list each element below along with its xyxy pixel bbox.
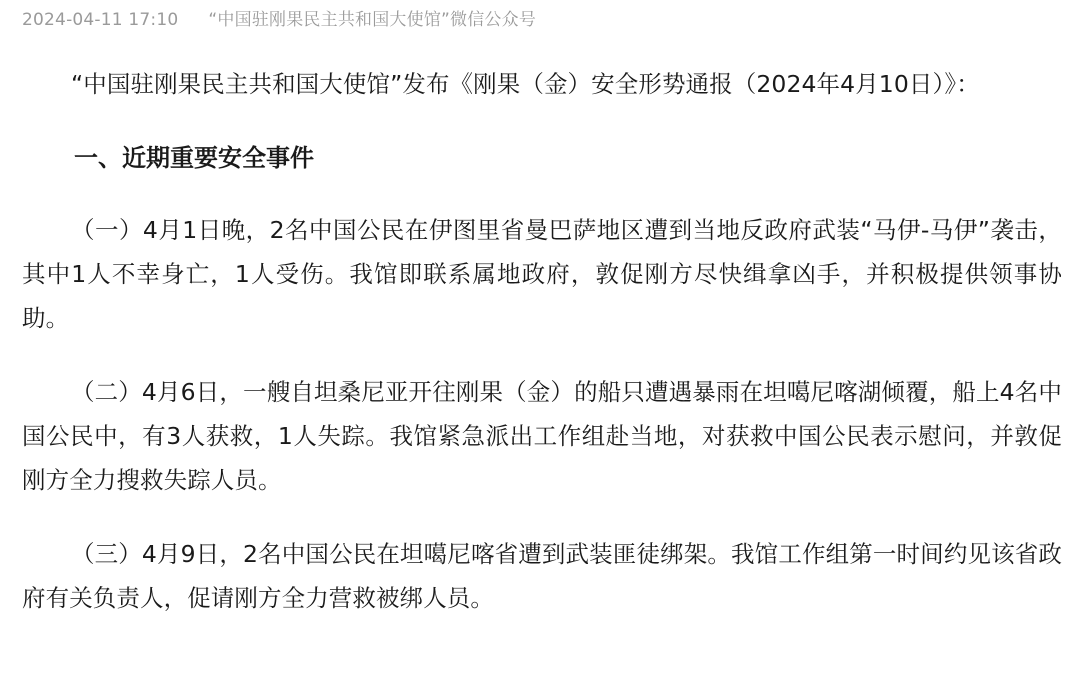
article-meta: 2024-04-11 17:10“中国驻刚果民主共和国大使馆”微信公众号 (22, 5, 536, 30)
section-heading: 一、近期重要安全事件 (22, 136, 1062, 180)
publish-timestamp: 2024-04-11 17:10 (22, 10, 178, 30)
source-account-link[interactable]: “中国驻刚果民主共和国大使馆”微信公众号 (208, 10, 536, 30)
article-body: “中国驻刚果民主共和国大使馆”发布《刚果（金）安全形势通报（2024年4月10日… (22, 62, 1062, 650)
intro-paragraph: “中国驻刚果民主共和国大使馆”发布《刚果（金）安全形势通报（2024年4月10日… (22, 62, 1062, 106)
event-paragraph-3: （三）4月9日，2名中国公民在坦噶尼喀省遭到武装匪徒绑架。我馆工作组第一时间约见… (22, 532, 1062, 620)
event-paragraph-1: （一）4月1日晚，2名中国公民在伊图里省曼巴萨地区遭到当地反政府武装“马伊-马伊… (22, 208, 1062, 340)
event-paragraph-2: （二）4月6日，一艘自坦桑尼亚开往刚果（金）的船只遭遇暴雨在坦噶尼喀湖倾覆，船上… (22, 370, 1062, 502)
